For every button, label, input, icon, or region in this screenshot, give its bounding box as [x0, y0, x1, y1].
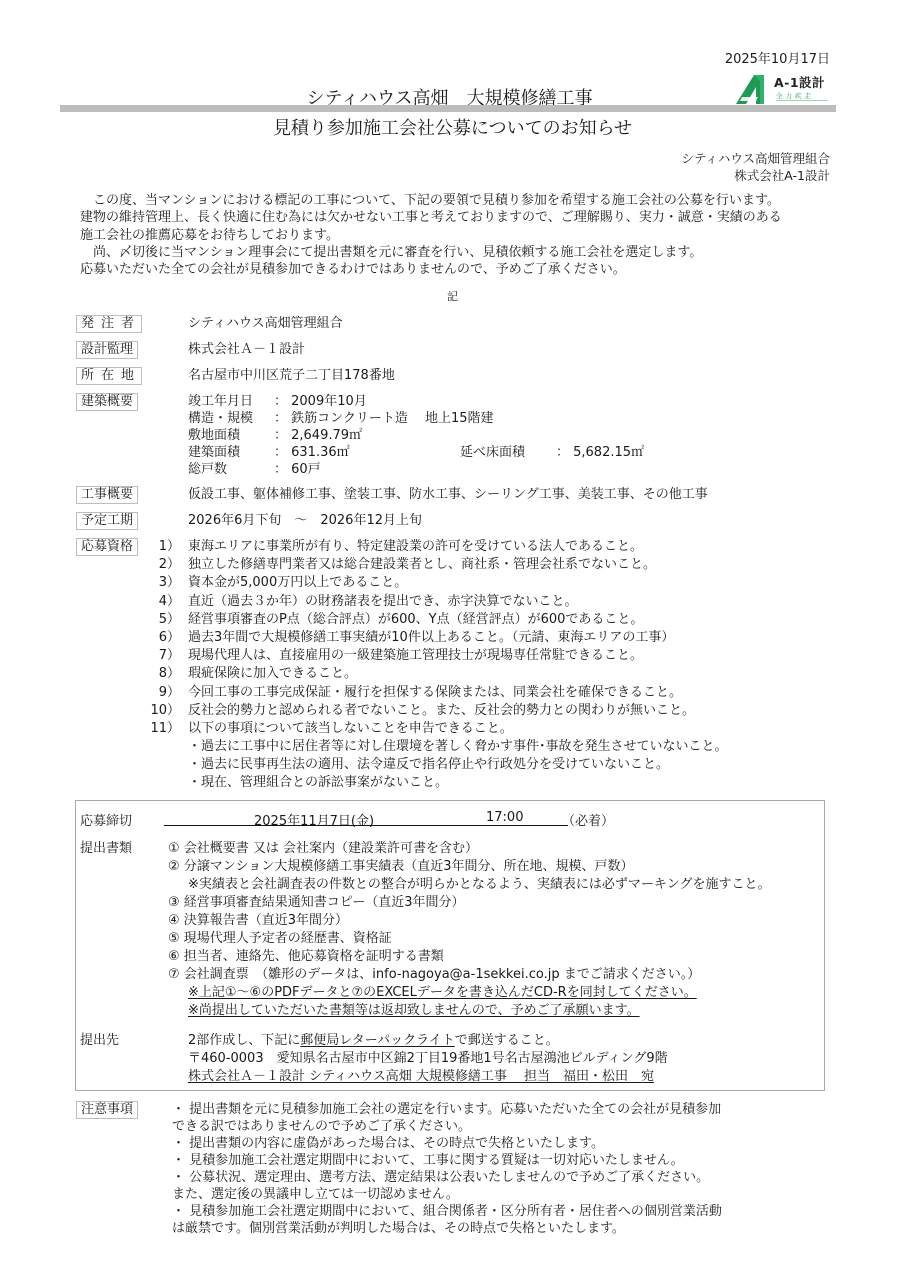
- detail-supervisor: 設計監理 株式会社Ａ－１設計: [76, 341, 138, 359]
- value-supervisor: 株式会社Ａ－１設計: [188, 341, 305, 359]
- units-value: ： 60戸: [274, 461, 321, 479]
- label-supervisor: 設計監理: [76, 341, 138, 359]
- label-client: 発注者: [76, 315, 142, 333]
- value-client: シティハウス高畑管理組合: [188, 315, 343, 333]
- deadline-underline: [164, 825, 568, 826]
- structure-value: ： 鉄筋コンクリート造 地上15階建: [274, 410, 494, 428]
- caution-line: できる訳ではありませんので予めご了承ください。: [172, 1118, 471, 1136]
- value-period: 2026年6月下旬 ～ 2026年12月上旬: [188, 512, 422, 530]
- detail-building: 建築概要 竣工年月日 ： 2009年10月 構造・規模 ： 鉄筋コンクリート造 …: [76, 393, 836, 483]
- page-subtitle: 見積り参加施工会社公募についてのお知らせ: [0, 114, 905, 140]
- sub-item: ・現在、管理組合との訴訟事案がないこと。: [188, 774, 448, 792]
- deadline-label: 応募締切: [80, 810, 132, 829]
- intro-line: 建物の維持管理上、長く快適に住む為には欠かせない工事と考えておりますので、ご理解…: [80, 209, 840, 226]
- dest-recipient: 株式会社Ａ－１設計 シティハウス高畑 大規模修繕工事 担当 福田・松田 宛: [188, 1065, 654, 1084]
- label-cautions: 注意事項: [76, 1101, 138, 1119]
- detail-period: 予定工期 2026年6月下旬 ～ 2026年12月上旬: [76, 512, 138, 530]
- completion-label: 竣工年月日: [188, 393, 253, 411]
- label-period: 予定工期: [76, 512, 138, 530]
- floor-area-value: ： 5,682.15㎡: [556, 444, 644, 462]
- label-building: 建築概要: [76, 393, 138, 411]
- deadline-time: 17:00: [486, 810, 523, 825]
- caution-line: ・ 見積参加施工会社選定期間中において、組合関係者・区分所有者・居住者への個別営…: [172, 1203, 722, 1221]
- floor-area-label: 延べ床面積: [460, 444, 525, 462]
- caution-line: は厳禁です。個別営業活動が判明した場合は、その時点で失格といたします。: [172, 1220, 625, 1238]
- site-area-value: ： 2,649.79㎡: [274, 427, 362, 445]
- intro-line: 応募いただいた全ての会社が見積参加できるわけではありませんので、予めご了承くださ…: [80, 261, 840, 278]
- no-return-note: ※尚提出していただいた書類等は返却致しませんので、予めご了承願います。: [188, 999, 640, 1018]
- caution-line: ・ 公募状況、選定理由、選考方法、選定結果は公表いたしませんので予めご了承くださ…: [172, 1169, 709, 1187]
- issuer-block: シティハウス高畑管理組合 株式会社A-1設計: [681, 150, 830, 184]
- cd-r-note: ※上記①～⑥のPDFデータと⑦のEXCELデータを書き込んだCD-Rを同封してく…: [188, 981, 697, 1000]
- structure-label: 構造・規模: [188, 410, 253, 428]
- document-date: 2025年10月17日: [725, 48, 830, 67]
- doc-item: ① 会社概要書 又は 会社案内（建設業許可書を含む）: [168, 837, 478, 856]
- label-qualifications: 応募資格: [76, 538, 138, 556]
- doc-item: ③ 経営事項審査結果通知書コピー（直近3年間分）: [168, 891, 465, 910]
- units-label: 総戸数: [188, 461, 227, 479]
- doc-item: ⑥ 担当者、連絡先、他応募資格を証明する書類: [168, 945, 444, 964]
- dest-line-1: 2部作成し、下記に郵便局レターパックライトで郵送すること。: [188, 1029, 559, 1048]
- detail-qualifications: 応募資格 1）東海エリアに事業所が有り、特定建設業の許可を受けている法人であるこ…: [76, 538, 836, 798]
- caution-line: また、選定後の異議申し立ては一切認めません。: [172, 1186, 459, 1204]
- issuer-company: 株式会社A-1設計: [681, 167, 830, 184]
- caution-line: ・ 見積参加施工会社選定期間中において、工事に関する質疑は一切対応いたしません。: [172, 1152, 684, 1170]
- detail-client: 発注者 シティハウス高畑管理組合: [76, 315, 142, 333]
- intro-line: 施工会社の推薦応募をお待ちしております。: [80, 227, 840, 244]
- label-location: 所在地: [76, 367, 142, 385]
- completion-value: ： 2009年10月: [274, 393, 367, 411]
- site-area-label: 敷地面積: [188, 427, 240, 445]
- caution-line: ・ 提出書類の内容に虚偽があった場合は、その時点で失格といたします。: [172, 1135, 604, 1153]
- doc-item: ④ 決算報告書（直近3年間分）: [168, 909, 348, 928]
- value-work: 仮設工事、躯体補修工事、塗装工事、防水工事、シーリング工事、美装工事、その他工事: [188, 486, 708, 504]
- title-divider: [60, 105, 836, 112]
- deadline-date: 2025年11月7日(金): [254, 810, 374, 829]
- intro-line: 尚、〆切後に当マンション理事会にて提出書類を元に審査を行い、見積依頼する施工会社…: [80, 244, 840, 261]
- detail-work: 工事概要 仮設工事、躯体補修工事、塗装工事、防水工事、シーリング工事、美装工事、…: [76, 486, 138, 504]
- dest-label: 提出先: [80, 1029, 119, 1048]
- docs-label: 提出書類: [80, 837, 132, 856]
- doc-item: ⑦ 会社調査票 （雛形のデータは、info-nagoya@a-1sekkei.c…: [168, 963, 700, 982]
- intro-paragraph: この度、当マンションにおける標記の工事について、下記の要領で見積り参加を希望する…: [80, 192, 840, 278]
- label-work: 工事概要: [76, 486, 138, 504]
- doc-note: ※実績表と会社調査表の件数との整合が明らかとなるよう、実績表には必ずマーキングを…: [188, 873, 771, 892]
- building-area-value: ： 631.36㎡: [274, 444, 350, 462]
- doc-item: ⑤ 現場代理人予定者の経歴書、資格証: [168, 927, 392, 946]
- sub-item: ・過去に民事再生法の適用、法令違反で指名停止や行政処分を受けていないこと。: [188, 756, 669, 774]
- dest-address: 〒460-0003 愛知県名古屋市中区錦2丁目19番地1号名古屋鴻池ビルディング…: [188, 1047, 668, 1066]
- issuer-association: シティハウス高畑管理組合: [681, 150, 830, 167]
- intro-line: この度、当マンションにおける標記の工事について、下記の要領で見積り参加を希望する…: [80, 192, 840, 209]
- building-area-label: 建築面積: [188, 444, 240, 462]
- sub-item: ・過去に工事中に居住者等に対し住環境を著しく脅かす事件･事故を発生させていないこ…: [188, 738, 728, 756]
- submission-box: 応募締切 2025年11月7日(金) 17:00 （必着） 提出書類 ① 会社概…: [75, 800, 825, 1091]
- ki-marker: 記: [0, 288, 905, 304]
- value-location: 名古屋市中川区荒子二丁目178番地: [188, 367, 395, 385]
- doc-item: ② 分譲マンション大規模修繕工事実績表（直近3年間分、所在地、規模、戸数）: [168, 855, 633, 874]
- caution-line: ・ 提出書類を元に見積参加施工会社の選定を行います。応募いただいた全ての会社が見…: [172, 1101, 721, 1119]
- letterpack-light: 郵便局レターパックライト: [300, 1033, 454, 1048]
- detail-location: 所在地 名古屋市中川区荒子二丁目178番地: [76, 367, 142, 385]
- deadline-note: （必着）: [562, 810, 614, 829]
- cautions-section: 注意事項 ・ 提出書類を元に見積参加施工会社の選定を行います。応募いただいた全て…: [76, 1101, 836, 1241]
